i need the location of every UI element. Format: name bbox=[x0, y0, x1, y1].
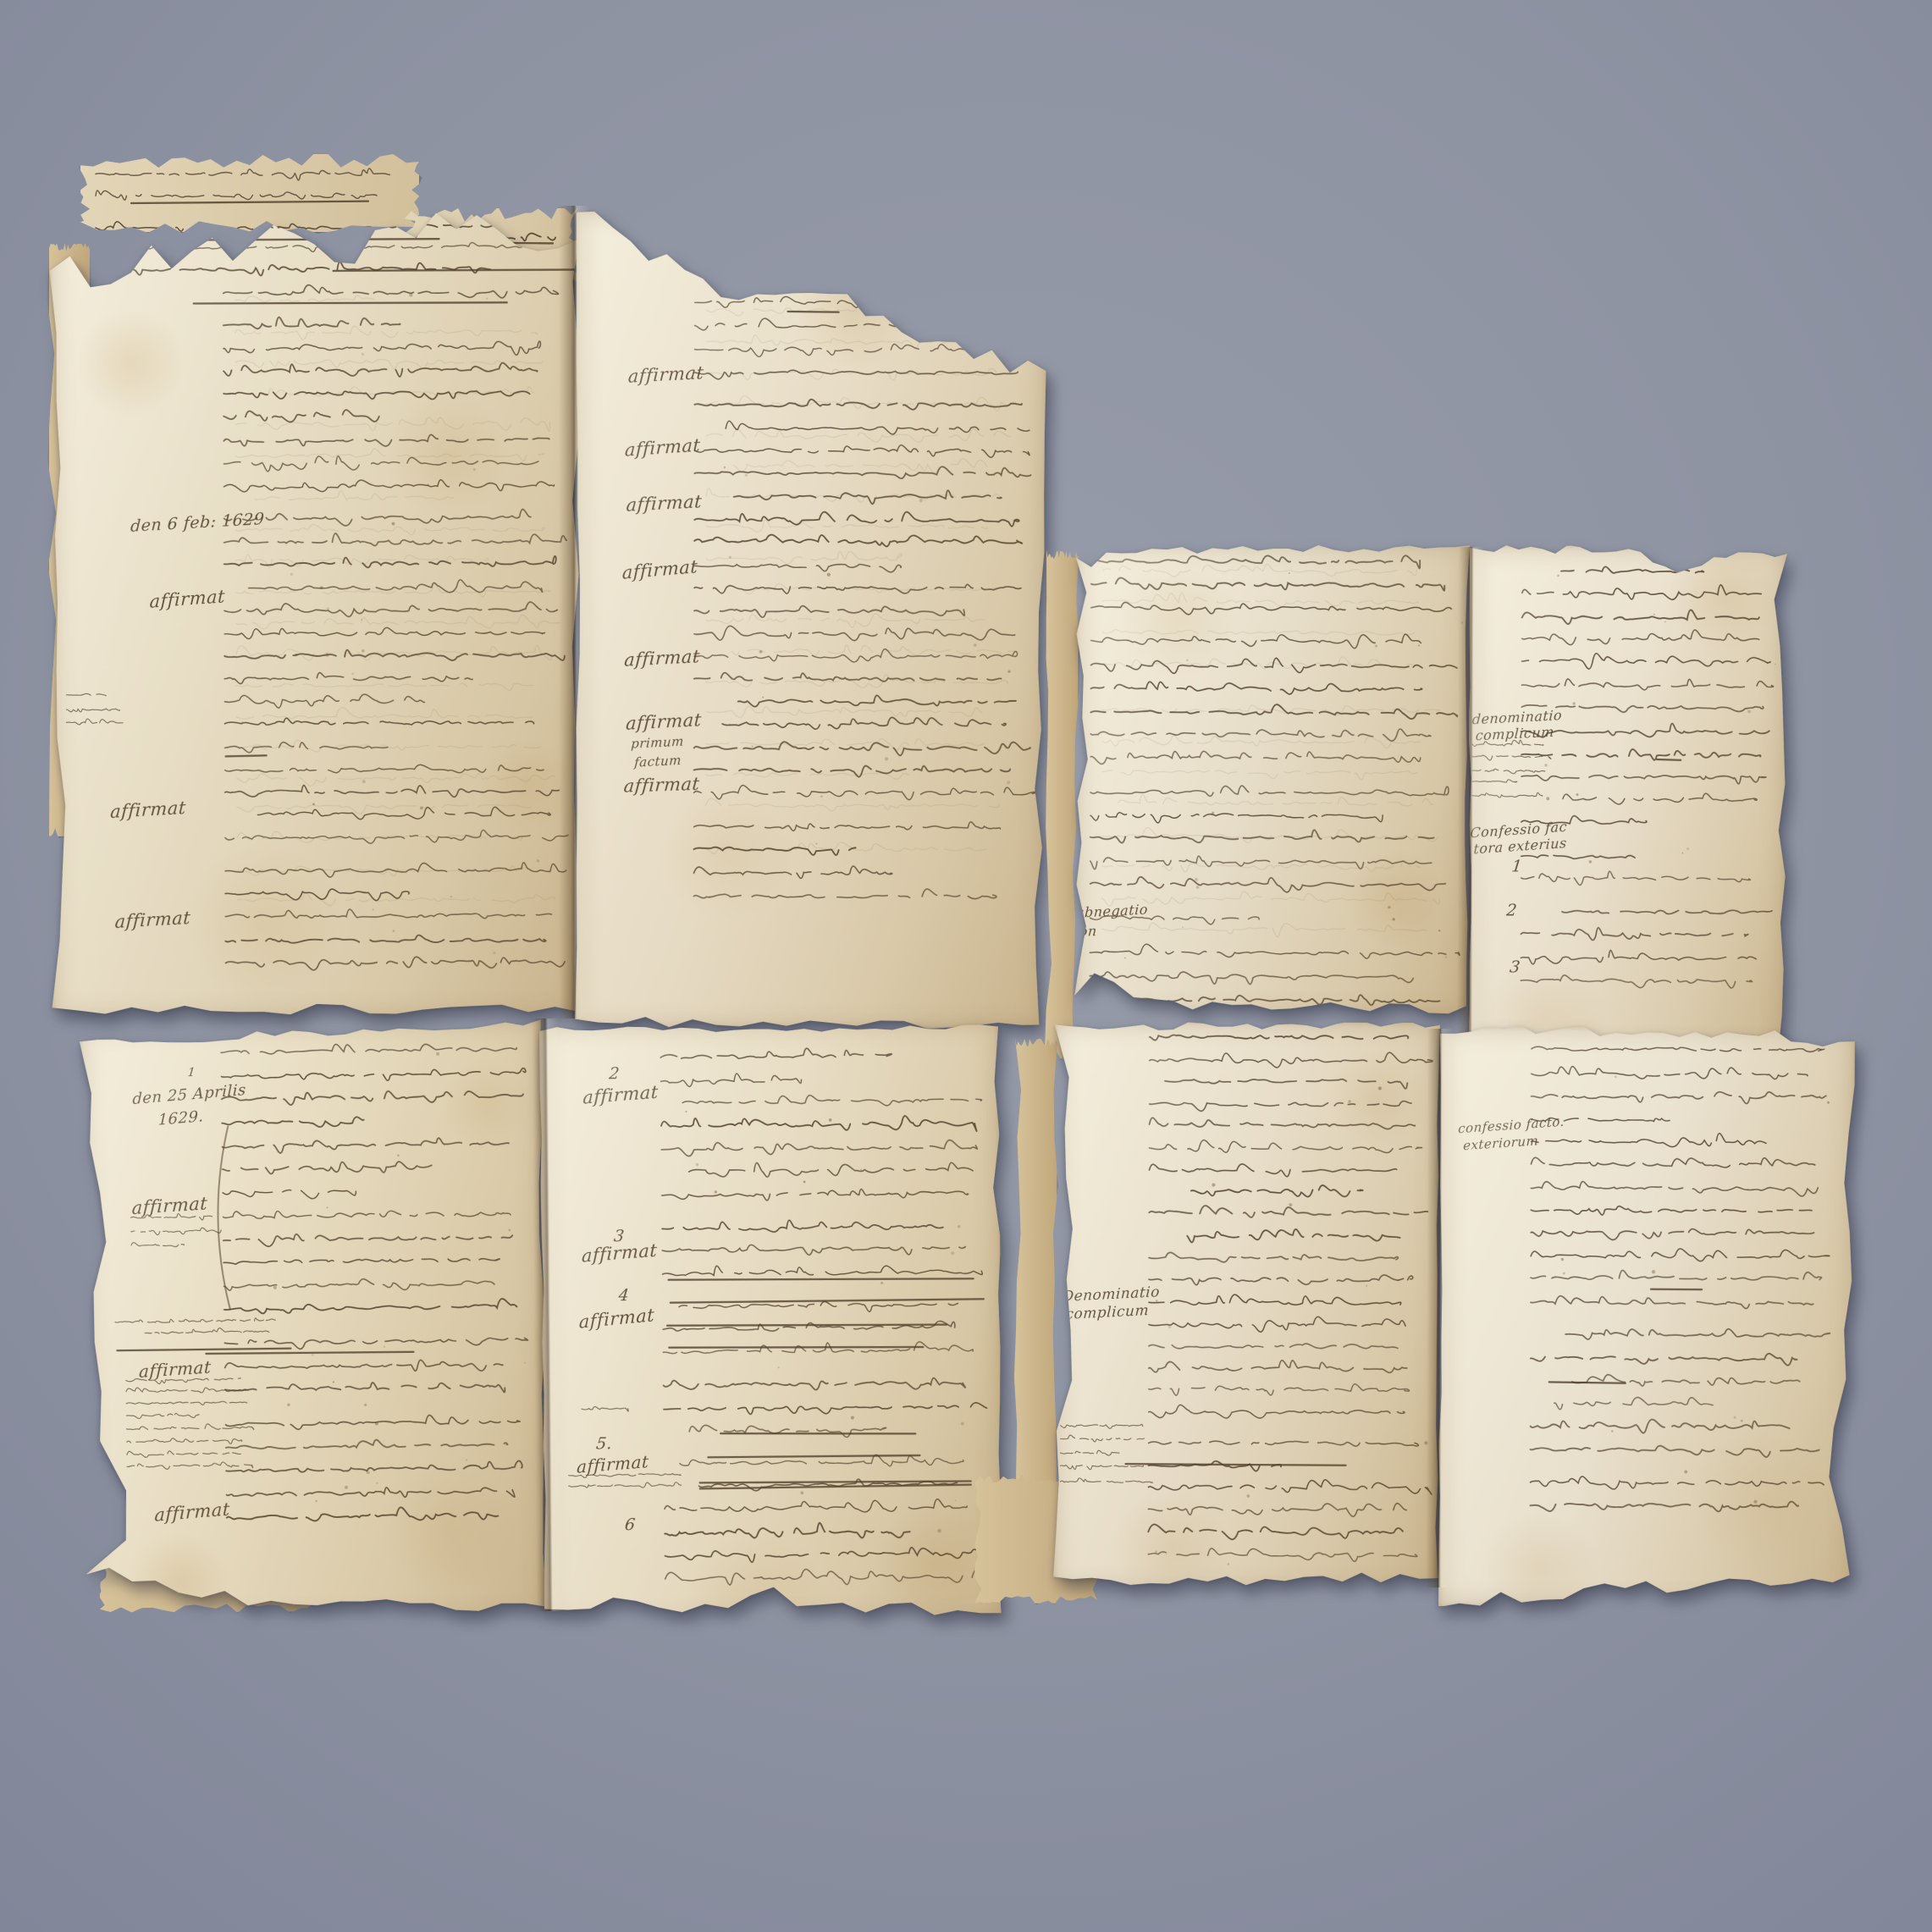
paper-sheet: affirmataffirmataffirmataffirmataffirmat… bbox=[575, 210, 1046, 1030]
page-edge-shading bbox=[49, 192, 581, 1019]
page-edge-shading bbox=[1053, 1022, 1440, 1592]
manuscript-spread-bottom-right: Denominatiocomplicumconfessio facto.exte… bbox=[973, 1015, 1859, 1615]
paper-sheet: Denominatiocomplicum bbox=[1053, 1022, 1440, 1592]
page-edge-shading bbox=[539, 1020, 1003, 1626]
paper-sheet: 2affirmat3affirmat4affirmat5.affirmat6 bbox=[539, 1020, 1003, 1626]
paper-sheet: abnegatioon bbox=[1074, 543, 1470, 1018]
paper-sheet: confessio facto.exteriorum bbox=[1438, 1026, 1855, 1607]
manuscript-spread-bottom-right-page-7-verso: Denominatiocomplicum bbox=[1053, 1022, 1440, 1592]
page-edge-shading bbox=[575, 210, 1046, 1030]
foxing-stain bbox=[924, 210, 1025, 312]
paper-sheet: 1den 25 Aprilis1629.affirmataffirmataffi… bbox=[80, 1019, 549, 1626]
manuscript-spread-bottom-left-page-5-verso: 1den 25 Aprilis1629.affirmataffirmataffi… bbox=[80, 1019, 549, 1626]
page-edge-shading bbox=[80, 1019, 549, 1626]
manuscript-spread-top-right-page-3-verso: abnegatioon bbox=[1074, 543, 1470, 1018]
handwriting-line bbox=[96, 168, 400, 180]
manuscript-spread-top-left: den 6 feb: 1629affirmataffirmataffirmata… bbox=[51, 193, 1046, 1033]
paper-sheet: den 6 feb: 1629affirmataffirmataffirmat bbox=[49, 192, 581, 1019]
page-edge-shading bbox=[1468, 545, 1787, 1064]
manuscript-spread-top-right-page-4-recto: denominatiocomplicumConfessio factora ex… bbox=[1468, 545, 1787, 1064]
manuscript-spread-top-left-page-1-verso: den 6 feb: 1629affirmataffirmataffirmat bbox=[49, 192, 581, 1019]
page-edge-shading bbox=[1074, 543, 1470, 1018]
manuscript-spread-top-left-page-2-recto: affirmataffirmataffirmataffirmataffirmat… bbox=[575, 210, 1046, 1030]
manuscript-spread-bottom-left: 1den 25 Aprilis1629.affirmataffirmataffi… bbox=[78, 999, 1006, 1637]
handwriting-line bbox=[100, 199, 500, 211]
photograph-of-four-manuscript-booklets: den 6 feb: 1629affirmataffirmataffirmata… bbox=[0, 0, 1932, 1932]
paper-sheet: denominatiocomplicumConfessio factora ex… bbox=[1468, 545, 1787, 1064]
manuscript-spread-top-right: abnegatioondenominatiocomplicumConfessio… bbox=[1041, 533, 1787, 1068]
manuscript-spread-bottom-right-page-8-recto: confessio facto.exteriorum bbox=[1438, 1026, 1855, 1607]
underlying-sheet-edge bbox=[1045, 550, 1079, 1058]
page-edge-shading bbox=[1438, 1026, 1855, 1607]
manuscript-spread-bottom-left-page-6-recto: 2affirmat3affirmat4affirmat5.affirmat6 bbox=[539, 1020, 1003, 1626]
